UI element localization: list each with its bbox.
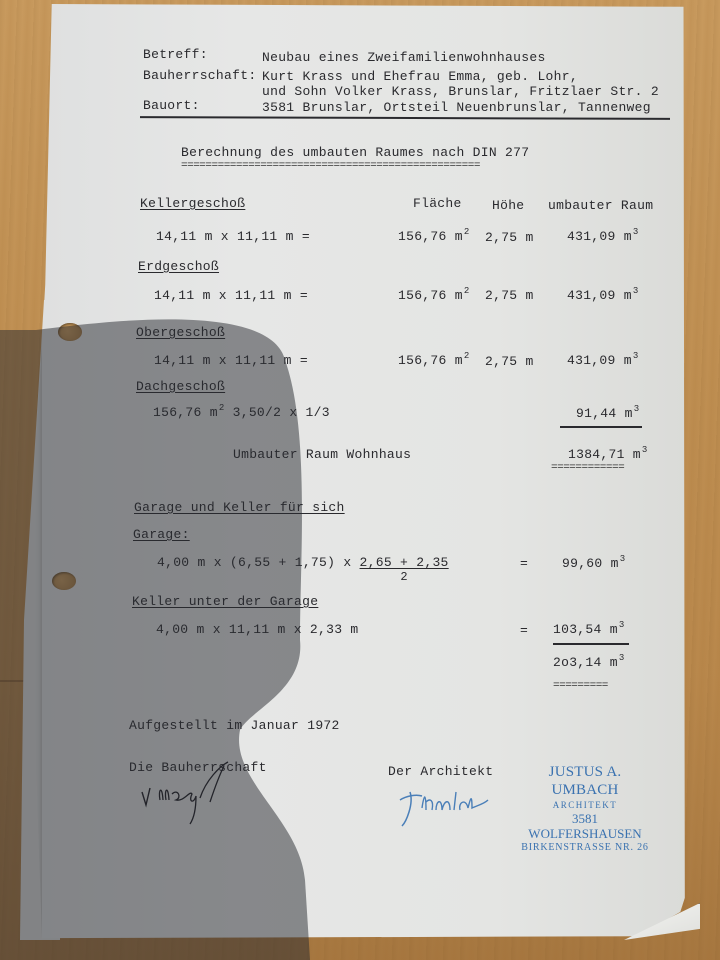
total-house-value: 1384,71 m3 bbox=[568, 447, 648, 463]
floor-formula: 156,76 m2 3,50/2 x 1/3 bbox=[153, 405, 330, 421]
floor-label: Kellergeschoß bbox=[140, 196, 245, 212]
floor-volume: 431,09 m3 bbox=[567, 288, 639, 304]
floor-formula: 14,11 m x 11,11 m = bbox=[154, 353, 308, 369]
stamp-name: JUSTUS A. UMBACH bbox=[515, 763, 655, 799]
keller-garage-equals: = bbox=[520, 623, 528, 639]
floor-label: Obergeschoß bbox=[136, 325, 225, 341]
column-header-area: Fläche bbox=[413, 196, 462, 212]
punch-hole-bottom bbox=[52, 572, 76, 590]
floor-area: 156,76 m2 bbox=[398, 229, 470, 245]
column-header-height: Höhe bbox=[492, 198, 524, 214]
bauort-value: 3581 Brunslar, Ortsteil Neuenbrunslar, T… bbox=[262, 100, 651, 116]
architect-signature bbox=[396, 782, 496, 832]
betreff-value: Neubau eines Zweifamilienwohnhauses bbox=[262, 50, 546, 66]
garage-label: Garage: bbox=[133, 527, 190, 543]
floor-label: Dachgeschoß bbox=[136, 379, 225, 395]
stamp-street: BIRKENSTRASSE NR. 26 bbox=[515, 841, 655, 854]
floor-formula: 14,11 m x 11,11 m = bbox=[156, 229, 310, 245]
bauherrschaft-line1: Kurt Krass und Ehefrau Emma, geb. Lohr, bbox=[262, 69, 578, 85]
total-house-double-underline: ============ bbox=[551, 463, 624, 473]
floor-formula: 14,11 m x 11,11 m = bbox=[154, 288, 308, 304]
garage-formula: 4,00 m x (6,55 + 1,75) x 2,65 + 2,352 bbox=[157, 555, 449, 583]
architect-label: Der Architekt bbox=[388, 764, 493, 780]
floor-area: 156,76 m2 bbox=[398, 353, 470, 369]
bauherrschaft-line2: und Sohn Volker Krass, Brunslar, Fritzla… bbox=[262, 84, 659, 100]
stamp-city: 3581 WOLFERSHAUSEN bbox=[515, 811, 655, 841]
garage-fraction: 2,65 + 2,352 bbox=[360, 555, 449, 583]
date-line: Aufgestellt im Januar 1972 bbox=[129, 718, 340, 734]
document-title: Berechnung des umbauten Raumes nach DIN … bbox=[181, 145, 529, 161]
keller-garage-formula: 4,00 m x 11,11 m x 2,33 m bbox=[156, 622, 359, 638]
stamp-role: ARCHITEKT bbox=[515, 799, 655, 811]
floor-height: 2,75 m bbox=[485, 288, 534, 304]
floor-height: 2,75 m bbox=[485, 230, 534, 246]
column-header-volume: umbauter Raum bbox=[548, 198, 653, 214]
garage-value: 99,60 m3 bbox=[562, 556, 625, 572]
total-house-label: Umbauter Raum Wohnhaus bbox=[233, 447, 411, 463]
title-double-underline: ========================================… bbox=[181, 161, 480, 171]
subtotal-rule bbox=[560, 426, 642, 428]
garage-subtotal-rule bbox=[553, 643, 629, 645]
owner-signature bbox=[132, 760, 252, 830]
architect-stamp: JUSTUS A. UMBACH ARCHITEKT 3581 WOLFERSH… bbox=[515, 763, 655, 854]
punch-hole-top bbox=[58, 323, 82, 341]
garage-equals: = bbox=[520, 556, 528, 572]
floor-volume: 431,09 m3 bbox=[567, 229, 639, 245]
keller-garage-label: Keller unter der Garage bbox=[132, 594, 318, 610]
floor-label: Erdgeschoß bbox=[138, 259, 219, 275]
bauort-label: Bauort: bbox=[143, 98, 200, 114]
bauherrschaft-label: Bauherrschaft: bbox=[143, 68, 256, 84]
garage-total-double-underline: ========= bbox=[553, 681, 608, 691]
floor-volume: 431,09 m3 bbox=[567, 353, 639, 369]
floor-volume: 91,44 m3 bbox=[576, 406, 639, 422]
garage-section-title: Garage und Keller für sich bbox=[134, 500, 345, 516]
betreff-label: Betreff: bbox=[143, 47, 208, 63]
keller-garage-value: 103,54 m3 bbox=[553, 622, 625, 638]
garage-total-value: 2o3,14 m3 bbox=[553, 655, 625, 671]
floor-area: 156,76 m2 bbox=[398, 288, 470, 304]
floor-height: 2,75 m bbox=[485, 354, 534, 370]
